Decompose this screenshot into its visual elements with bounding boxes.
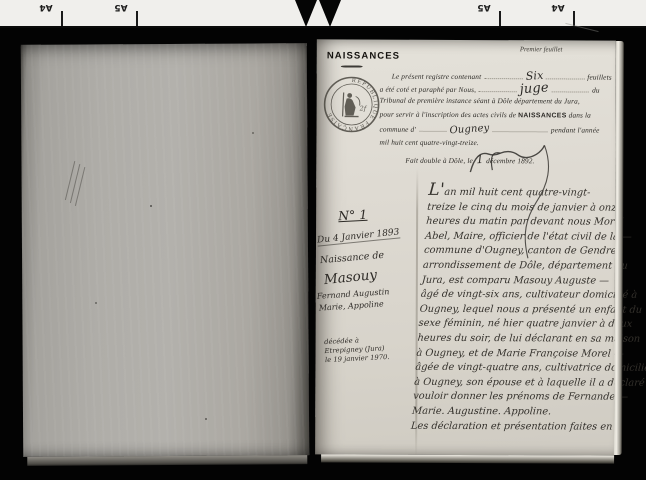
printed-formula: Le présent registre contenant Six feuill… xyxy=(380,67,600,68)
ruler-tick xyxy=(573,11,575,26)
ruler-tick xyxy=(136,11,138,26)
dotted-blank xyxy=(546,74,584,79)
printed-text: décembre 1892. xyxy=(486,156,534,165)
printed-text: Le présent registre contenant xyxy=(392,72,482,81)
printed-line-3: Tribunal de première instance séant à Dô… xyxy=(380,96,600,106)
act-type-label: Naissance de xyxy=(320,250,385,266)
act-line: commune d'Ougney, canton de Gendrey, xyxy=(423,244,620,259)
act-line: arrondissement de Dôle, département du xyxy=(422,259,619,274)
printed-text: Fait double à Dôle, le xyxy=(405,156,473,165)
act-line: âgé de vingt-six ans, cultivateur domici… xyxy=(420,288,617,303)
act-line: treize le cinq du mois de janvier à onze xyxy=(427,200,624,215)
printed-text: dans la xyxy=(569,110,591,119)
printed-text: pour servir à l'inscription des actes ci… xyxy=(380,110,517,120)
act-line: L'an mil huit cent quatre-vingt- xyxy=(428,183,625,201)
printed-line-4: pour servir à l'inscription des actes ci… xyxy=(380,110,600,120)
printed-text: du xyxy=(592,86,600,95)
frame-marker-triangle xyxy=(295,0,317,27)
act-date: Du 4 Janvier 1893 xyxy=(317,227,400,246)
act-line: heures du matin par devant nous Morel xyxy=(426,215,623,230)
dotted-blank xyxy=(479,87,516,92)
ruler-label-a5-left: A5 xyxy=(109,2,133,12)
act-line: Jura, est comparu Masouy Auguste — xyxy=(421,273,618,288)
printed-line-6: mil huit cent quatre-vingt-treize. xyxy=(379,138,599,148)
stamp-value: 2f xyxy=(359,105,368,113)
printed-text: feuillets xyxy=(587,73,611,82)
handwritten-juge: juge xyxy=(519,80,549,97)
frame-marker-triangle xyxy=(319,0,341,27)
marianne-figure-icon xyxy=(343,92,360,116)
act-line: Marie. Augustine. Appoline. xyxy=(411,405,608,420)
printed-text: commune d' xyxy=(379,125,416,134)
printed-text: a été coté et paraphé par Nous, xyxy=(380,85,476,94)
dotted-blank xyxy=(493,127,548,132)
act-line: à Ougney, son épouse et à laquelle il a … xyxy=(414,375,611,390)
dotted-blank xyxy=(484,74,522,79)
printed-text: pendant l'année xyxy=(551,125,600,134)
folio-label: Premier feuillet xyxy=(520,46,563,53)
death-margin-note: décédée à Etrepigney (Jura) le 19 janvie… xyxy=(324,335,390,365)
republique-francaise-stamp-icon: RÉPUBLIQUE FRANÇAISE 2f xyxy=(319,72,383,136)
pencil-mark xyxy=(65,161,76,200)
microfilm-ruler: A4 A5 A5 A4 xyxy=(0,0,646,28)
ruler-label-a4-left: A4 xyxy=(34,2,58,12)
printed-text: mil huit cent quatre-vingt-treize. xyxy=(379,138,478,147)
act-line: à Ougney, et de Marie Françoise Morel — xyxy=(416,346,613,361)
register-right-page: NAISSANCES Premier feuillet RÉPUBLIQUE F… xyxy=(315,39,616,455)
act-line: vouloir donner les prénoms de Fernande — xyxy=(413,390,610,405)
act-line: sexe féminin, né hier quatre janvier à d… xyxy=(418,317,615,332)
printed-line-7: Fait double à Dôle, le 1 décembre 1892. xyxy=(379,153,625,167)
birth-act-text: L'an mil huit cent quatre-vingt- treize … xyxy=(410,183,625,435)
ruler-tick xyxy=(61,11,63,26)
act-line: heures du soir, de lui déclarant en sa m… xyxy=(417,332,614,347)
printed-line-2: a été coté et paraphé par Nous, juge du xyxy=(380,81,600,97)
paper-specks xyxy=(0,0,2,2)
ruler-label-a4-right: A4 xyxy=(546,2,570,12)
page-title: NAISSANCES xyxy=(327,50,400,61)
child-firstnames: Marie, Appoline xyxy=(319,299,384,312)
act-line: Les déclaration et présentation faites e… xyxy=(410,419,607,434)
child-surname: Masouy xyxy=(323,267,378,288)
act-line: âgée de vingt-quatre ans, cultivatrice d… xyxy=(415,361,612,376)
ruler-label-a5-right: A5 xyxy=(472,2,496,12)
dotted-blank xyxy=(552,87,589,92)
header-flourish xyxy=(341,65,363,67)
ruler-tick xyxy=(499,11,501,26)
printed-text: Tribunal de première instance séant à Dô… xyxy=(380,96,580,106)
act-line: Abel, Maire, officier de l'état civil de… xyxy=(425,230,622,245)
handwritten-day: 1 xyxy=(476,153,484,166)
printed-line-5: commune d' Ougney pendant l'année xyxy=(379,124,599,136)
register-left-page xyxy=(21,43,310,457)
dotted-blank xyxy=(419,127,447,132)
act-line: Ougney, lequel nous a présenté un enfant… xyxy=(419,303,616,318)
act-number: N° 1 xyxy=(338,207,368,223)
death-note-line: le 19 janvier 1970. xyxy=(325,353,390,365)
printed-naissances-word: NAISSANCES xyxy=(516,112,569,119)
microfilm-frame: A4 A5 A5 A4 NAISSANCES Premier feuillet … xyxy=(0,0,646,480)
handwritten-commune: Ougney xyxy=(449,123,490,137)
